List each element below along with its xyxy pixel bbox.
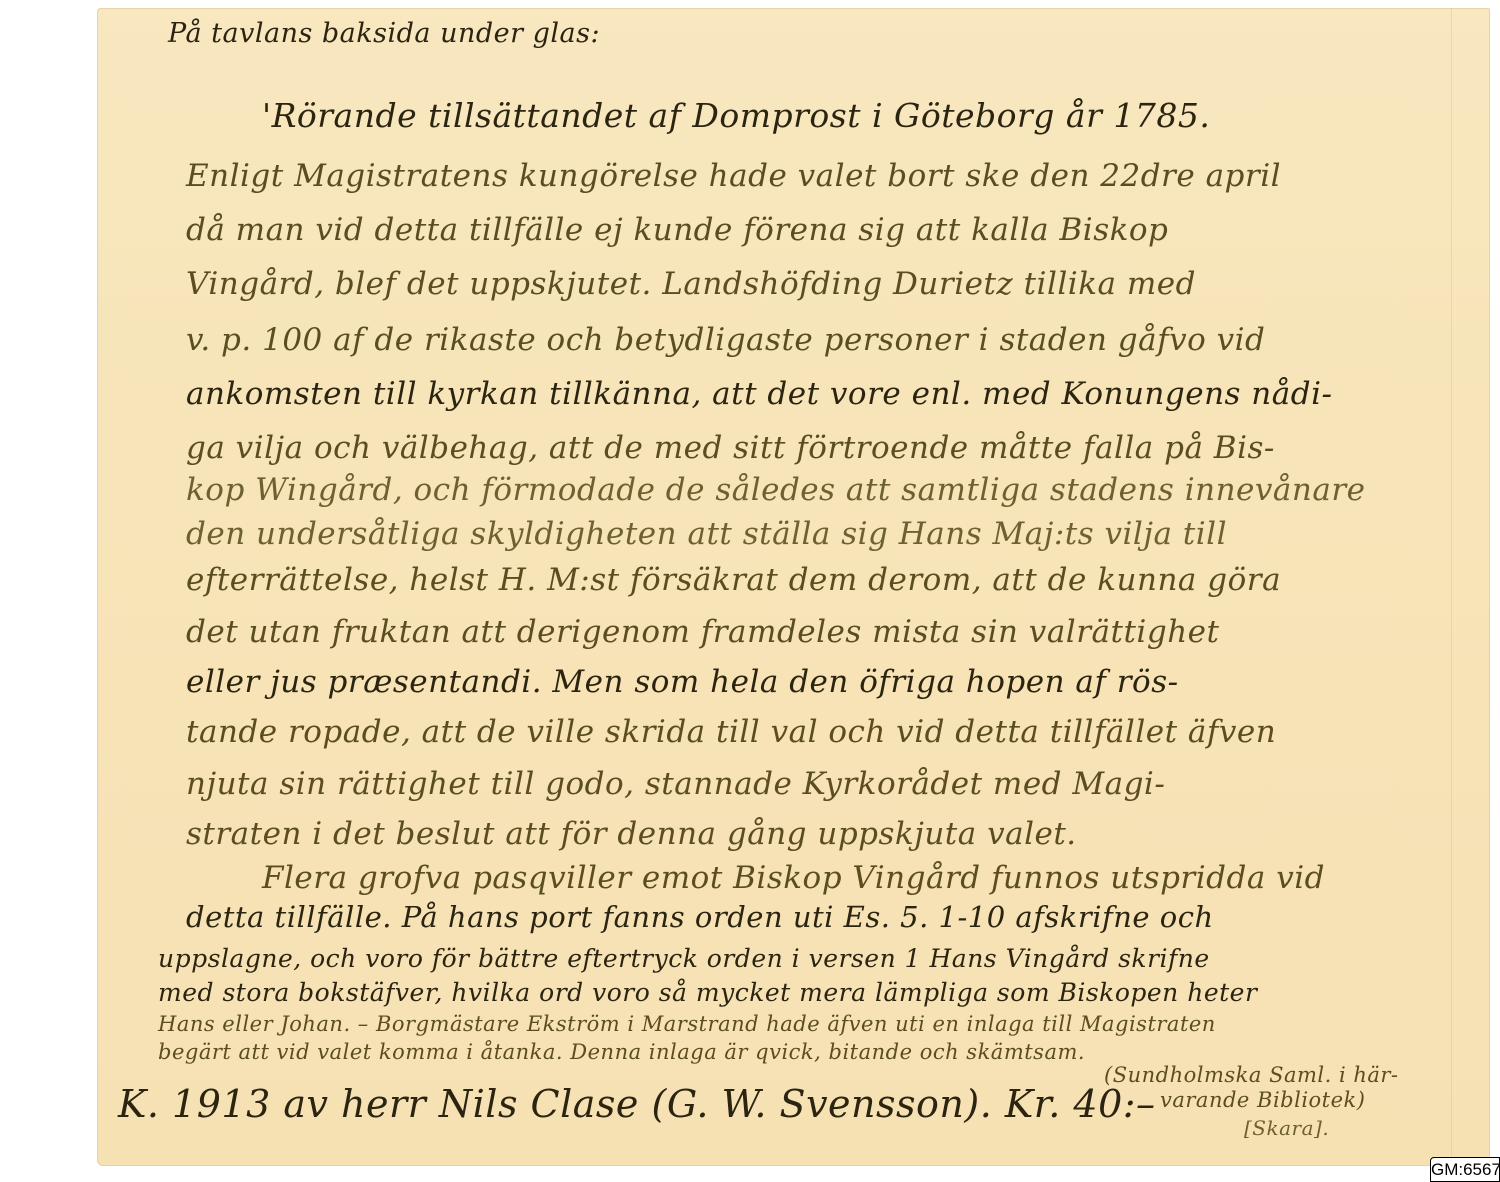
paragraph1-line: den undersåtliga skyldigheten att ställa…: [186, 516, 1227, 552]
source-note-line: varande Bibliotek): [1160, 1088, 1365, 1112]
paragraph2-line: begärt att vid valet komma i åtanka. Den…: [158, 1040, 1085, 1064]
paragraph1-line: ankomsten till kyrkan tillkänna, att det…: [186, 376, 1332, 412]
paragraph1-line: eller jus præsentandi. Men som hela den …: [186, 664, 1179, 700]
document-header: På tavlans baksida under glas:: [168, 18, 600, 49]
paragraph1-line: då man vid detta tillfälle ej kunde före…: [186, 212, 1168, 248]
paragraph1-line: Vingård, blef det uppskjutet. Landshöfdi…: [186, 266, 1196, 302]
source-note-location: [Skara].: [1244, 1116, 1329, 1140]
paragraph1-line: Enligt Magistratens kungörelse hade vale…: [186, 158, 1281, 194]
paragraph1-line: det utan fruktan att derigenom framdeles…: [186, 614, 1219, 650]
paragraph1-line: ga vilja och välbehag, att de med sitt f…: [186, 430, 1275, 466]
paragraph1-line: v. p. 100 af de rikaste och betydligaste…: [186, 322, 1265, 358]
paragraph1-line: njuta sin rättighet till godo, stannade …: [186, 766, 1165, 802]
catalog-number-label: GM:6567: [1430, 1157, 1500, 1182]
paragraph1-line: efterrättelse, helst H. M:st försäkrat d…: [186, 562, 1281, 598]
source-note-line: (Sundholmska Saml. i här-: [1104, 1063, 1399, 1087]
paragraph2-line: uppslagne, och voro för bättre eftertryc…: [158, 944, 1210, 973]
paragraph2-line: detta tillfälle. På hans port fanns orde…: [186, 900, 1214, 934]
paragraph2-line: med stora bokstäfver, hvilka ord voro så…: [158, 978, 1257, 1007]
document-title: 'Rörande tillsättandet af Domprost i Göt…: [262, 96, 1210, 135]
acquisition-note: K. 1913 av herr Nils Clase (G. W. Svenss…: [118, 1082, 1156, 1126]
paragraph2-line: Flera grofva pasqviller emot Biskop Ving…: [262, 860, 1325, 896]
paragraph1-line: kop Wingård, och förmodade de således at…: [186, 472, 1366, 508]
paragraph1-line: straten i det beslut att för denna gång …: [186, 816, 1077, 852]
paragraph2-line: Hans eller Johan. – Borgmästare Ekström …: [158, 1012, 1216, 1036]
paragraph1-line: tande ropade, att de ville skrida till v…: [186, 714, 1276, 750]
